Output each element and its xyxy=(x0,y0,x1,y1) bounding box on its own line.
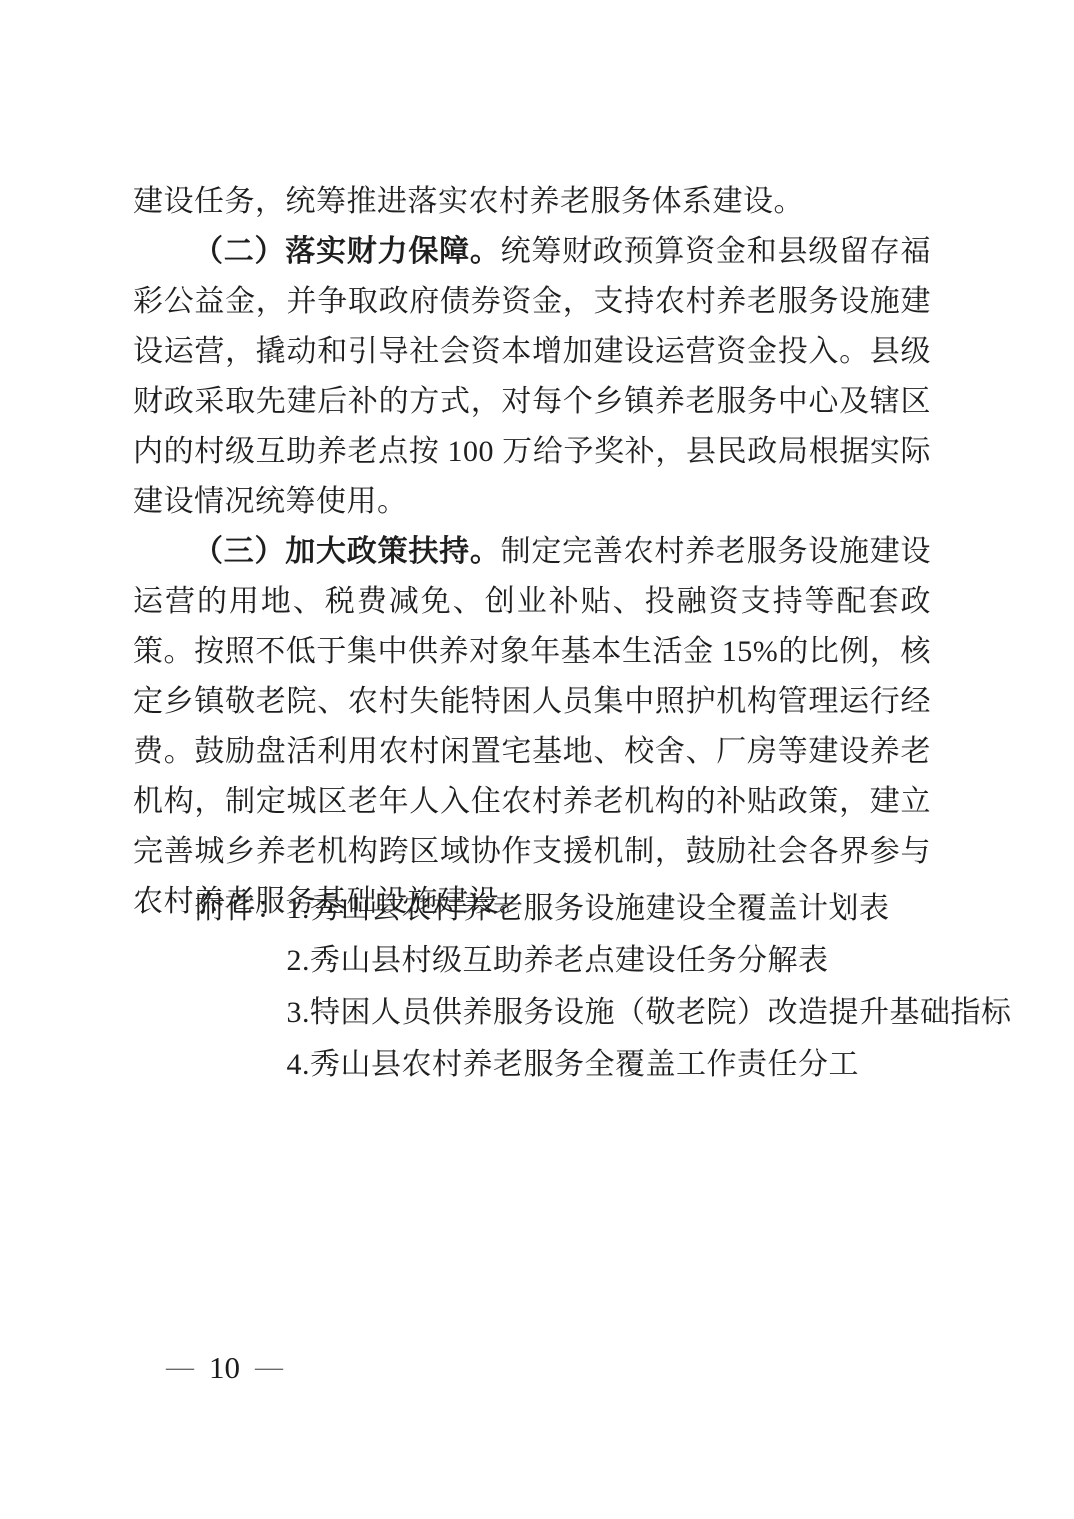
page-number: — 10 — xyxy=(166,1350,283,1386)
page-number-value: 10 xyxy=(209,1350,240,1386)
paragraph-text: 建设任务，统筹推进落实农村养老服务体系建设。 xyxy=(133,185,804,218)
attachments-list: 1.秀山县农村养老服务设施建设全覆盖计划表 2.秀山县村级互助养老点建设任务分解… xyxy=(287,883,1012,1091)
attachment-item: 1.秀山县农村养老服务设施建设全覆盖计划表 xyxy=(287,883,1012,935)
paragraph-text: 统筹财政预算资金和县级留存福彩公益金，并争取政府债券资金，支持农村养老服务设施建… xyxy=(133,235,931,518)
attachment-item: 4.秀山县农村养老服务全覆盖工作责任分工 xyxy=(287,1039,1012,1091)
attachment-item: 2.秀山县村级互助养老点建设任务分解表 xyxy=(287,935,1012,987)
paragraph-continuation: 建设任务，统筹推进落实农村养老服务体系建设。 xyxy=(133,177,931,227)
attachments-label: 附件： xyxy=(195,883,287,935)
page-number-right-dash: — xyxy=(255,1354,283,1382)
attachments-block: 附件： 1.秀山县农村养老服务设施建设全覆盖计划表 2.秀山县村级互助养老点建设… xyxy=(195,883,1012,1091)
attachment-item: 3.特困人员供养服务设施（敬老院）改造提升基础指标 xyxy=(287,987,1012,1039)
section-heading: （二）落实财力保障。 xyxy=(193,235,501,268)
section-heading: （三）加大政策扶持。 xyxy=(193,535,501,568)
document-body: 建设任务，统筹推进落实农村养老服务体系建设。 （二）落实财力保障。统筹财政预算资… xyxy=(133,177,931,927)
document-page: 建设任务，统筹推进落实农村养老服务体系建设。 （二）落实财力保障。统筹财政预算资… xyxy=(0,0,1074,1519)
paragraph-section-2: （二）落实财力保障。统筹财政预算资金和县级留存福彩公益金，并争取政府债券资金，支… xyxy=(133,227,931,527)
paragraph-section-3: （三）加大政策扶持。制定完善农村养老服务设施建设运营的用地、税费减免、创业补贴、… xyxy=(133,527,931,927)
paragraph-text: 制定完善农村养老服务设施建设运营的用地、税费减免、创业补贴、投融资支持等配套政策… xyxy=(133,535,931,918)
page-number-left-dash: — xyxy=(166,1354,194,1382)
